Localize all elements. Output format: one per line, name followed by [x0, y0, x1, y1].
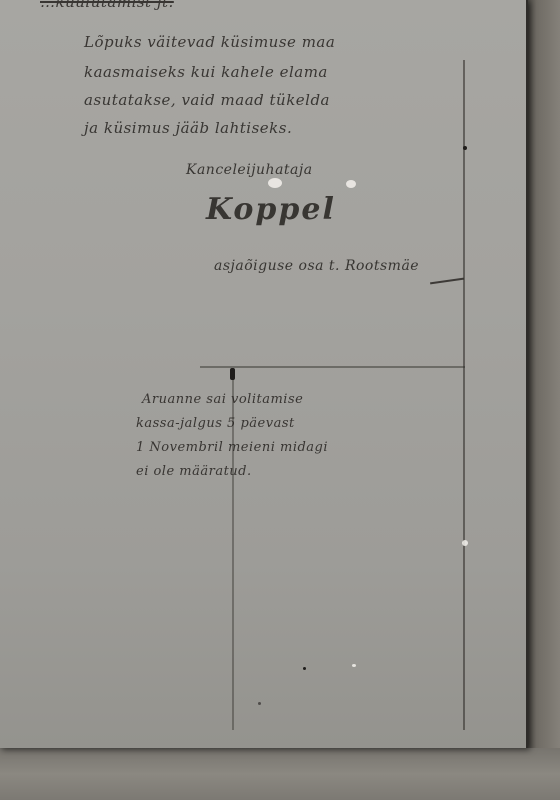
signature: Koppel [206, 192, 336, 227]
document-photo: …kuulutamist jt. Lõpuks väitevad küsimus… [0, 0, 560, 800]
dust-speck [462, 540, 468, 546]
right-margin-rule [463, 60, 465, 730]
background-bottom-strip [0, 748, 560, 800]
main-paragraph-line: ja küsimus jääb lahtiseks. [84, 114, 292, 143]
struck-header-text: …kuulutamist jt. [40, 0, 174, 17]
ink-dot [463, 146, 467, 150]
main-paragraph-line: asutatakse, vaid maad tükelda [84, 86, 330, 115]
closing-title: Kanceleijuhataja [186, 162, 313, 178]
note-line: 1 Novembril meieni midagi [136, 440, 328, 455]
ink-dot [258, 702, 261, 705]
note-line: ei ole määratud. [136, 464, 252, 479]
signature-title: asjaõiguse osa t. Rootsmäe [214, 258, 419, 274]
dust-speck [346, 180, 356, 188]
ink-dot [303, 667, 306, 670]
dust-speck [268, 178, 282, 188]
note-line: Aruanne sai volitamise [142, 392, 303, 407]
ink-mark [230, 368, 235, 380]
note-line: kassa-jalgus 5 päevast [136, 416, 295, 431]
main-paragraph-line: Lõpuks väitevad küsimuse maa [84, 28, 335, 57]
paper-sheet: …kuulutamist jt. Lõpuks väitevad küsimus… [0, 0, 528, 748]
signature-flourish [430, 278, 464, 285]
section-divider-rule [200, 366, 465, 368]
dust-speck [352, 664, 356, 667]
main-paragraph-line: kaasmaiseks kui kahele elama [84, 58, 328, 87]
background-right-edge [524, 0, 560, 800]
